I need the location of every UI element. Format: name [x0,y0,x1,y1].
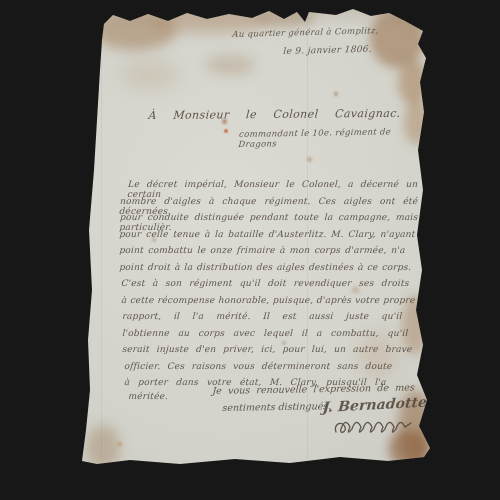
letter-paper: Au quartier général à Complitz, le 9. ja… [0,0,500,500]
signature-paraph-flourish [332,418,422,438]
closing-line-2: sentiments distingués. [222,401,332,414]
body-line: officier. Ces raisons vous détermineront… [124,362,393,372]
body-line: point combattu le onze frimaire à mon co… [119,246,406,256]
body-line: pour celle tenue à la bataille d'Austerl… [119,230,416,240]
body-line: point droit à la distribution des aigles… [119,263,412,273]
body-line: à cette récompense honorable, puisque, d… [121,296,416,306]
body-line: rapport, il l'a mérité. Il est aussi jus… [122,312,403,322]
photo-background: Au quartier général à Complitz, le 9. ja… [0,0,500,500]
body-line: méritée. [128,392,168,402]
body-line: serait injuste d'en priver, ici, pour lu… [122,345,413,355]
body-line: C'est à son régiment qu'il doit revendiq… [121,279,410,289]
recipient-line: À Monsieur le Colonel Cavaignac. [148,107,401,122]
body-line: l'obtienne au corps avec lequel il a com… [122,329,409,339]
recipient-title-line: commandant le 10e. régiment de Dragons [238,127,430,150]
